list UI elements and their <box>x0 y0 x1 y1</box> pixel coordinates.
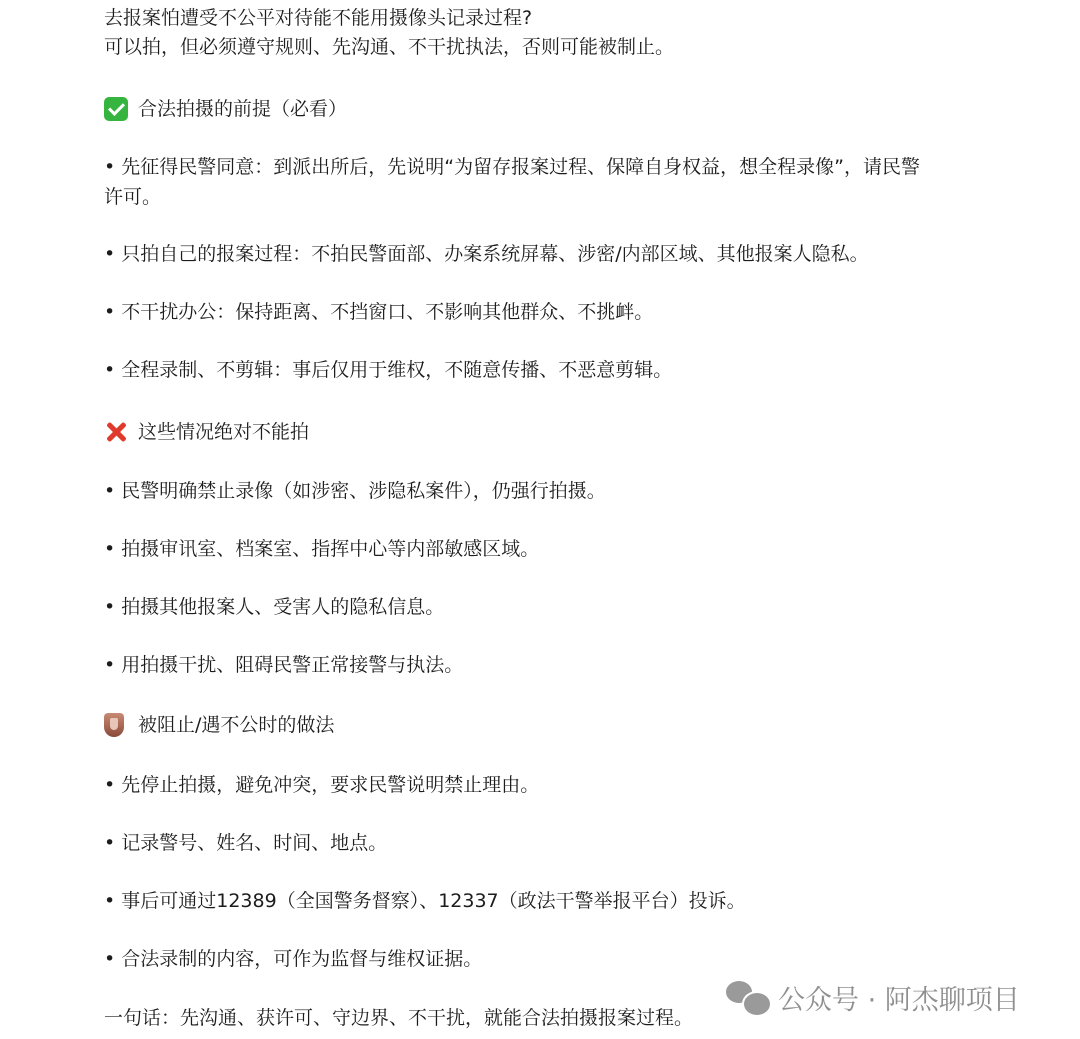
list-item: 不干扰办公：保持距离、不挡窗口、不影响其他群众、不挑衅。 <box>104 298 653 326</box>
section-heading-prerequisites: 合法拍摄的前提（必看） <box>104 95 347 123</box>
intro-answer: 可以拍，但必须遵守规则、先沟通、不干扰执法，否则可能被制止。 <box>104 33 674 61</box>
list-item: 用拍摄干扰、阻碍民警正常接警与执法。 <box>104 651 463 679</box>
shield-icon <box>104 713 124 737</box>
intro-question: 去报案怕遭受不公平对待能不能用摄像头记录过程? <box>104 4 532 32</box>
list-item: 民警明确禁止录像（如涉密、涉隐私案件），仍强行拍摄。 <box>104 477 606 505</box>
section-title: 这些情况绝对不能拍 <box>138 418 309 446</box>
section-title: 被阻止/遇不公时的做法 <box>138 711 334 739</box>
section-heading-prohibited: 这些情况绝对不能拍 <box>104 418 309 446</box>
list-item: 拍摄其他报案人、受害人的隐私信息。 <box>104 593 444 621</box>
list-item: 合法录制的内容，可作为监督与维权证据。 <box>104 945 482 973</box>
check-mark-icon <box>104 97 128 121</box>
watermark-text: 公众号 · 阿杰聊项目 <box>778 978 1020 1017</box>
list-item: 先征得民警同意：到派出所后，先说明“为留存报案过程、保障自身权益，想全程录像”，… <box>104 153 920 181</box>
section-heading-response: 被阻止/遇不公时的做法 <box>104 711 334 739</box>
watermark: 公众号 · 阿杰聊项目 <box>726 978 1020 1017</box>
list-item: 记录警号、姓名、时间、地点。 <box>104 829 387 857</box>
list-item: 全程录制、不剪辑：事后仅用于维权，不随意传播、不恶意剪辑。 <box>104 356 672 384</box>
list-item-continuation: 许可。 <box>104 183 161 211</box>
list-item: 拍摄审讯室、档案室、指挥中心等内部敏感区域。 <box>104 535 539 563</box>
list-item: 只拍自己的报案过程：不拍民警面部、办案系统屏幕、涉密/内部区域、其他报案人隐私。 <box>104 240 869 268</box>
summary-line: 一句话：先沟通、获许可、守边界、不干扰，就能合法拍摄报案过程。 <box>104 1004 693 1032</box>
cross-mark-icon <box>104 420 128 444</box>
list-item: 事后可通过12389（全国警务督察）、12337（政法干警举报平台）投诉。 <box>104 887 746 915</box>
section-title: 合法拍摄的前提（必看） <box>138 95 347 123</box>
wechat-icon <box>726 981 770 1015</box>
list-item: 先停止拍摄，避免冲突，要求民警说明禁止理由。 <box>104 771 539 799</box>
